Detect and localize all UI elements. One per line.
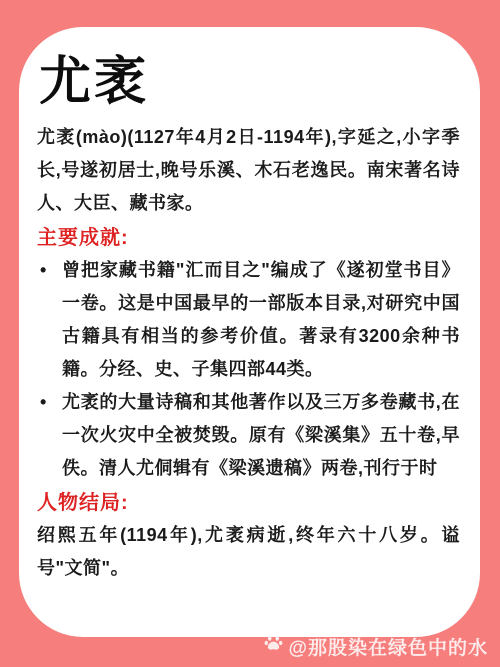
- info-card: 尤袤 尤袤(mào)(1127年4月2日-1194年),字延之,小字季长,号遂初…: [19, 27, 480, 637]
- bullet-icon: •: [37, 254, 62, 287]
- section-heading-ending: 人物结局:: [37, 488, 460, 518]
- page-title: 尤袤: [39, 53, 460, 111]
- list-item: • 尤袤的大量诗稿和其他著作以及三万多卷藏书,在一次火灾中全被焚毁。原有《梁溪集…: [37, 386, 460, 485]
- section-heading-achievements: 主要成就:: [37, 223, 460, 253]
- bullet-text-catalog: 曾把家藏书籍"汇而目之"编成了《遂初堂书目》一卷。这是中国最早的一部版本目录,对…: [62, 254, 460, 386]
- paw-icon: [264, 634, 283, 659]
- list-item: • 曾把家藏书籍"汇而目之"编成了《遂初堂书目》一卷。这是中国最早的一部版本目录…: [37, 254, 460, 386]
- page-background: 尤袤 尤袤(mào)(1127年4月2日-1194年),字延之,小字季长,号遂初…: [0, 0, 500, 667]
- watermark-text: @那股染在绿色中的水: [288, 633, 488, 660]
- bullet-text-manuscripts: 尤袤的大量诗稿和其他著作以及三万多卷藏书,在一次火灾中全被焚毁。原有《梁溪集》五…: [62, 386, 460, 485]
- intro-paragraph: 尤袤(mào)(1127年4月2日-1194年),字延之,小字季长,号遂初居士,…: [37, 121, 460, 220]
- ending-paragraph: 绍熙五年(1194年),尤袤病逝,终年六十八岁。谥号"文简"。: [37, 519, 460, 585]
- watermark: @那股染在绿色中的水: [264, 633, 488, 660]
- bullet-icon: •: [37, 386, 62, 419]
